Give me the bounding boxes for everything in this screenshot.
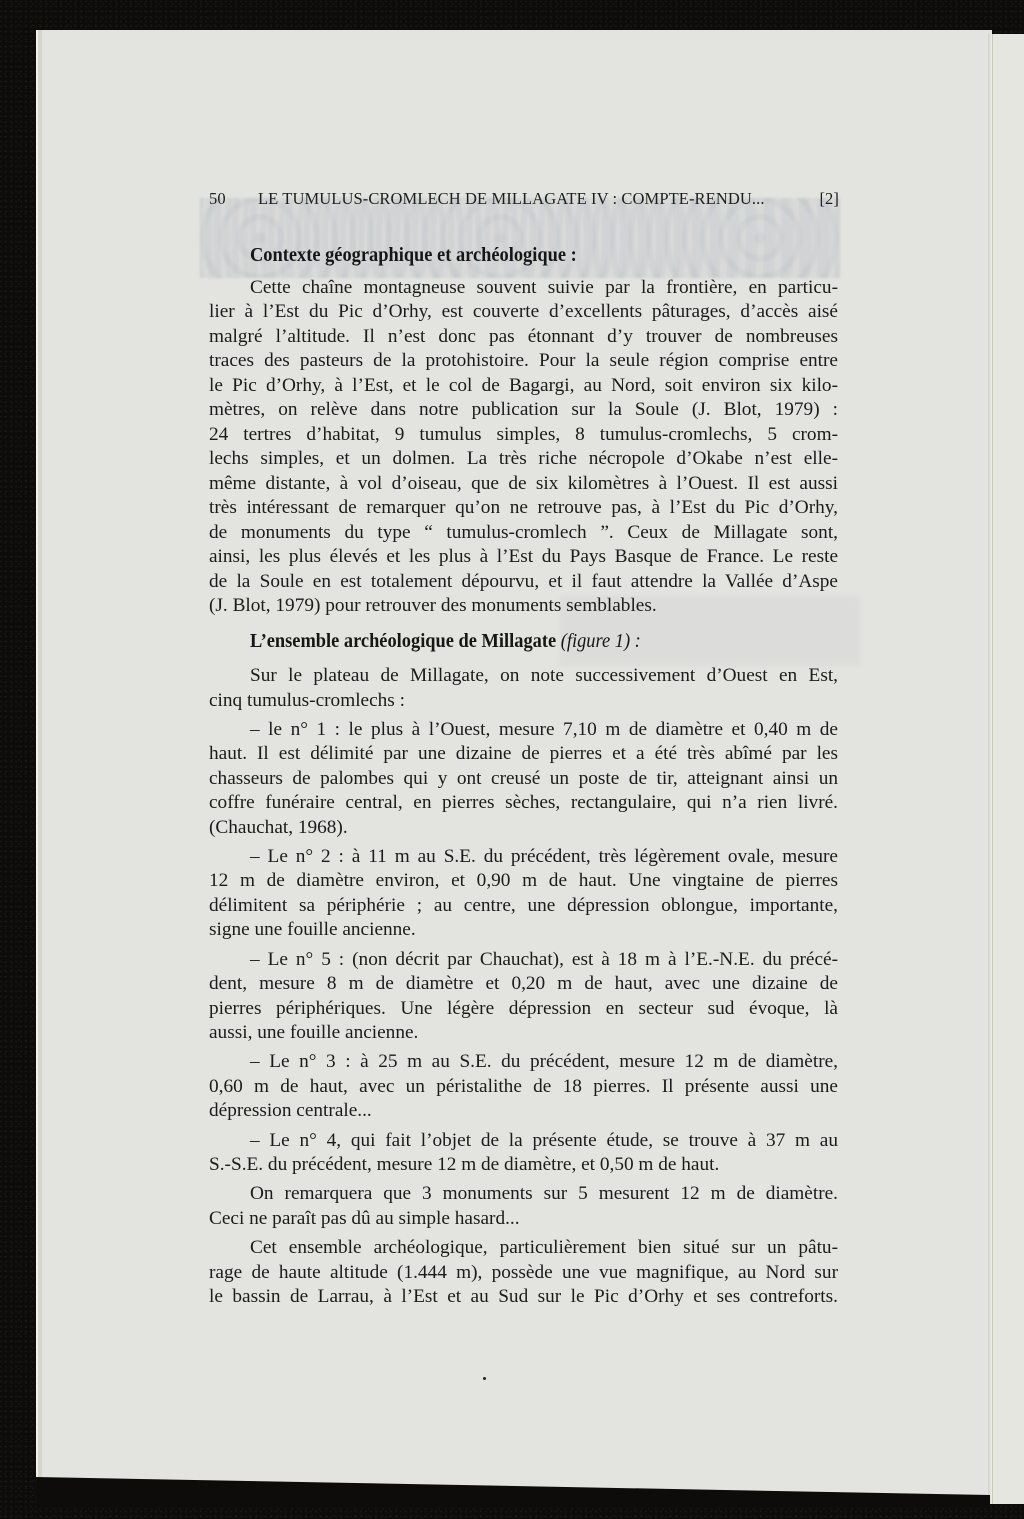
text-line: traces des pasteurs de la protohistoire.… [209, 349, 838, 373]
text-line: – le n° 1 : le plus à l’Ouest, mesure 7,… [250, 718, 838, 742]
text-line: S.-S.E. du précédent, mesure 12 m de dia… [209, 1153, 838, 1177]
text-line: chasseurs de palombes qui y ont creusé u… [209, 767, 838, 791]
text-line: Cette chaîne montagneuse souvent suivie … [250, 276, 838, 300]
text-line: 12 m de diamètre environ, et 0,90 m de h… [209, 869, 838, 893]
text-line: ainsi, les plus élevés et les plus à l’E… [209, 545, 838, 569]
text-line: aussi, une fouille ancienne. [209, 1021, 838, 1045]
text-line: lier à l’Est du Pic d’Orhy, est couverte… [209, 300, 838, 324]
text-line: très intéressant de remarquer qu’on ne r… [209, 496, 838, 520]
text-line: (J. Blot, 1979) pour retrouver des monum… [209, 594, 838, 618]
text-line: Sur le plateau de Millagate, on note suc… [250, 664, 838, 688]
text-line: On remarquera que 3 monuments sur 5 mesu… [250, 1182, 838, 1206]
section-heading-text: L’ensemble archéologique de Millagate [250, 630, 556, 652]
text-line: Ceci ne paraît pas dû au simple hasard..… [209, 1207, 838, 1231]
text-line: – Le n° 3 : à 25 m au S.E. du précédent,… [250, 1050, 838, 1074]
running-title: LE TUMULUS-CROMLECH DE MILLAGATE IV : CO… [258, 189, 765, 209]
text-line: de la Soule en est totalement dépourvu, … [209, 570, 838, 594]
text-line: coffre funéraire central, en pierres sèc… [209, 791, 838, 815]
text-line: dent, mesure 8 m de diamètre et 0,20 m d… [209, 972, 838, 996]
text-line: délimitent sa périphérie ; au centre, un… [209, 894, 838, 918]
text-line: même distante, à vol d’oiseau, que de si… [209, 472, 838, 496]
running-head: 50 LE TUMULUS-CROMLECH DE MILLAGATE IV :… [209, 189, 839, 211]
text-line: cinq tumulus-cromlechs : [209, 689, 838, 713]
section-heading: L’ensemble archéologique de Millagate (f… [250, 630, 641, 653]
text-line: malgré l’altitude. Il n’est donc pas éto… [209, 325, 838, 349]
text-line: haut. Il est délimité par une dizaine de… [209, 742, 838, 766]
text-line: 24 tertres d’habitat, 9 tumulus simples,… [209, 423, 838, 447]
page-number: 50 [209, 189, 226, 209]
text-line: lechs simples, et un dolmen. La très ric… [209, 447, 838, 471]
text-line: de monuments du type “ tumulus-cromlech … [209, 521, 838, 545]
text-line: 0,60 m de haut, avec un péristalithe de … [209, 1075, 838, 1099]
facing-page-edge [992, 34, 1024, 1504]
section-heading: Contexte géographique et archéologique : [250, 244, 577, 267]
text-line: Cet ensemble archéologique, particulière… [250, 1236, 838, 1260]
figure-reference: (figure 1) : [561, 630, 641, 652]
text-line: le Pic d’Orhy, à l’Est, et le col de Bag… [209, 374, 838, 398]
page-reference: [2] [819, 189, 839, 209]
text-line: mètres, on relève dans notre publication… [209, 398, 838, 422]
text-line: le bassin de Larrau, à l’Est et au Sud s… [209, 1285, 838, 1309]
text-line: (Chauchat, 1968). [209, 816, 838, 840]
text-line: rage de haute altitude (1.444 m), possèd… [209, 1261, 838, 1285]
text-line: pierres périphériques. Une légère dépres… [209, 997, 838, 1021]
text-line: dépression centrale... [209, 1099, 838, 1123]
text-line: – Le n° 4, qui fait l’objet de la présen… [250, 1129, 838, 1153]
text-line: signe une fouille ancienne. [209, 918, 838, 942]
text-line: – Le n° 5 : (non décrit par Chauchat), e… [250, 948, 838, 972]
text-line: – Le n° 2 : à 11 m au S.E. du précédent,… [250, 845, 838, 869]
paper-speck [483, 1377, 486, 1380]
